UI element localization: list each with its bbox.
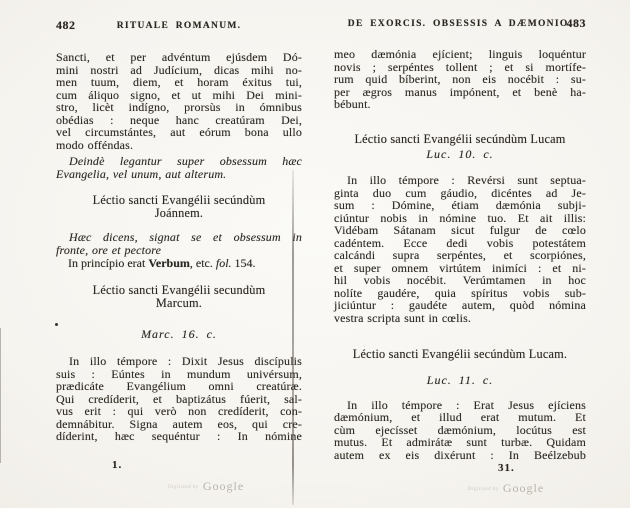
left-heading-mark: Léctio sancti Evangélii secundùmMarcum.	[56, 284, 302, 309]
text-line: stro, licèt indígno, prorsùs in ómnibus	[56, 101, 302, 114]
left-chapter-citation: Marc. 16. c.	[56, 328, 302, 341]
text-line: jiciúntur : gaudéte autem, quòd nómina	[334, 299, 586, 312]
text-line: Léctio sancti Evangélii secúndùm	[56, 194, 302, 207]
text-line: bébunt.	[334, 98, 586, 111]
text-line: Joánnem.	[56, 207, 302, 220]
text-line: mutus. Et admirátæ sunt turbæ. Quidam	[334, 436, 586, 449]
right-signature-mark: 31.	[498, 462, 515, 474]
text-line: In illo témpore : Dixit Jesus discípulis	[56, 355, 302, 368]
text-line: sum : Dómine, étiam dæmónia subji-	[334, 199, 586, 212]
right-chapter-citation-2: Luc. 11. c.	[334, 374, 586, 387]
text-line: prædicáte Evangélium omni creatúræ.	[56, 380, 302, 393]
text-line: modo offéndas.	[56, 139, 302, 152]
right-heading-luke-1: Léctio sancti Evangélii secúndùm Lucam	[334, 133, 586, 146]
left-running-title: RITUALE ROMANUM.	[117, 20, 242, 31]
right-heading-luke-2: Léctio sancti Evangélii secúndùm Lucam.	[334, 348, 586, 361]
text-line: men tuum, diem, et horam éxitus tui,	[56, 76, 302, 89]
digitized-by-label: Digitized by	[168, 485, 199, 490]
google-logo-text: Google	[503, 481, 544, 495]
incipit-etc: , etc.	[190, 256, 216, 270]
left-page: 482 RITUALE ROMANUM. Sancti, et per advé…	[56, 20, 302, 443]
text-line: dæmónium, et illud erat mutum. Et	[334, 411, 586, 424]
text-line: rum quid bíberint, non eis nocébit : su-	[334, 73, 586, 86]
right-paragraph-2: In illo témpore : Revérsi sunt septua-gi…	[334, 174, 586, 324]
text-line: díderint, hæc sequéntur : In nómine	[56, 430, 302, 443]
left-rubric-2: Hæc dicens, signat se et obsessum infron…	[56, 231, 302, 257]
left-paragraph-1: Sancti, et per advéntum ejúsdem Dó-mini …	[56, 51, 302, 151]
scanned-book-spread: 482 RITUALE ROMANUM. Sancti, et per advé…	[0, 0, 630, 508]
incipit-folio-number: 154.	[232, 256, 256, 270]
text-line: Marcum.	[56, 297, 302, 310]
right-running-title: DE EXORCIS. OBSESSIS A DÆMONIO.	[348, 18, 572, 29]
incipit-folio-abbrev: fol.	[216, 256, 232, 270]
gutter-fold-line	[292, 170, 294, 505]
left-incipit-line: In princípio erat Verbum, etc. fol. 154.	[56, 257, 302, 270]
right-paragraph-3: In illo témpore : Erat Jesus ejíciensdæm…	[334, 399, 586, 462]
google-logo-text: Google	[203, 479, 244, 493]
ink-speck	[55, 323, 58, 326]
text-line: calcándi supra serpéntes, et scorpiónes,	[334, 249, 586, 262]
text-line: vestra scripta sunt in cœlis.	[334, 312, 586, 325]
left-rubric-1: Deindè legantur super obsessum hæcEvange…	[56, 155, 302, 181]
page-edge-line	[0, 328, 1, 463]
text-line: vel circumstántes, aut eórum bona ullo	[56, 126, 302, 139]
text-line: vus erit : qui verò non credíderit, con-	[56, 405, 302, 418]
text-line: hil vobis nocébit. Verúmtamen in hoc	[334, 274, 586, 287]
text-line: Léctio sancti Evangélii secundùm	[56, 284, 302, 297]
right-paragraph-1: meo dæmónia ejícient; linguis loquénturn…	[334, 48, 586, 111]
left-heading-john: Léctio sancti Evangélii secúndùmJoánnem.	[56, 194, 302, 219]
left-running-head: 482 RITUALE ROMANUM.	[56, 20, 302, 34]
text-line: Evangelia, vel unum, aut alterum.	[56, 168, 302, 181]
text-line: Vidébam Sátanam sicut fulgur de cœlo	[334, 224, 586, 237]
right-running-head: DE EXORCIS. OBSESSIS A DÆMONIO. 483	[334, 18, 586, 32]
left-paragraph-2: In illo témpore : Dixit Jesus discípulis…	[56, 355, 302, 443]
text-line: per ægros manus impónent, et benè ha-	[334, 86, 586, 99]
left-page-number: 482	[56, 18, 76, 33]
text-line: meo dæmónia ejícient; linguis loquéntur	[334, 48, 586, 61]
right-page-number: 483	[567, 16, 587, 31]
incipit-verbum: Verbum	[148, 256, 190, 270]
left-signature-mark: 1.	[112, 459, 122, 471]
incipit-text: In princípio erat	[68, 256, 148, 270]
left-google-watermark: Digitized by Google	[168, 477, 244, 495]
right-page: DE EXORCIS. OBSESSIS A DÆMONIO. 483 meo …	[334, 18, 586, 461]
right-google-watermark: Digitized by Google	[468, 479, 544, 497]
text-line: In illo témpore : Revérsi sunt septua-	[334, 174, 586, 187]
digitized-by-label: Digitized by	[468, 487, 499, 492]
text-line: autem ex eis dixérunt : In Beélzebub	[334, 449, 586, 462]
text-line: Sancti, et per advéntum ejúsdem Dó-	[56, 51, 302, 64]
right-chapter-citation-1: Luc. 10. c.	[334, 148, 586, 161]
